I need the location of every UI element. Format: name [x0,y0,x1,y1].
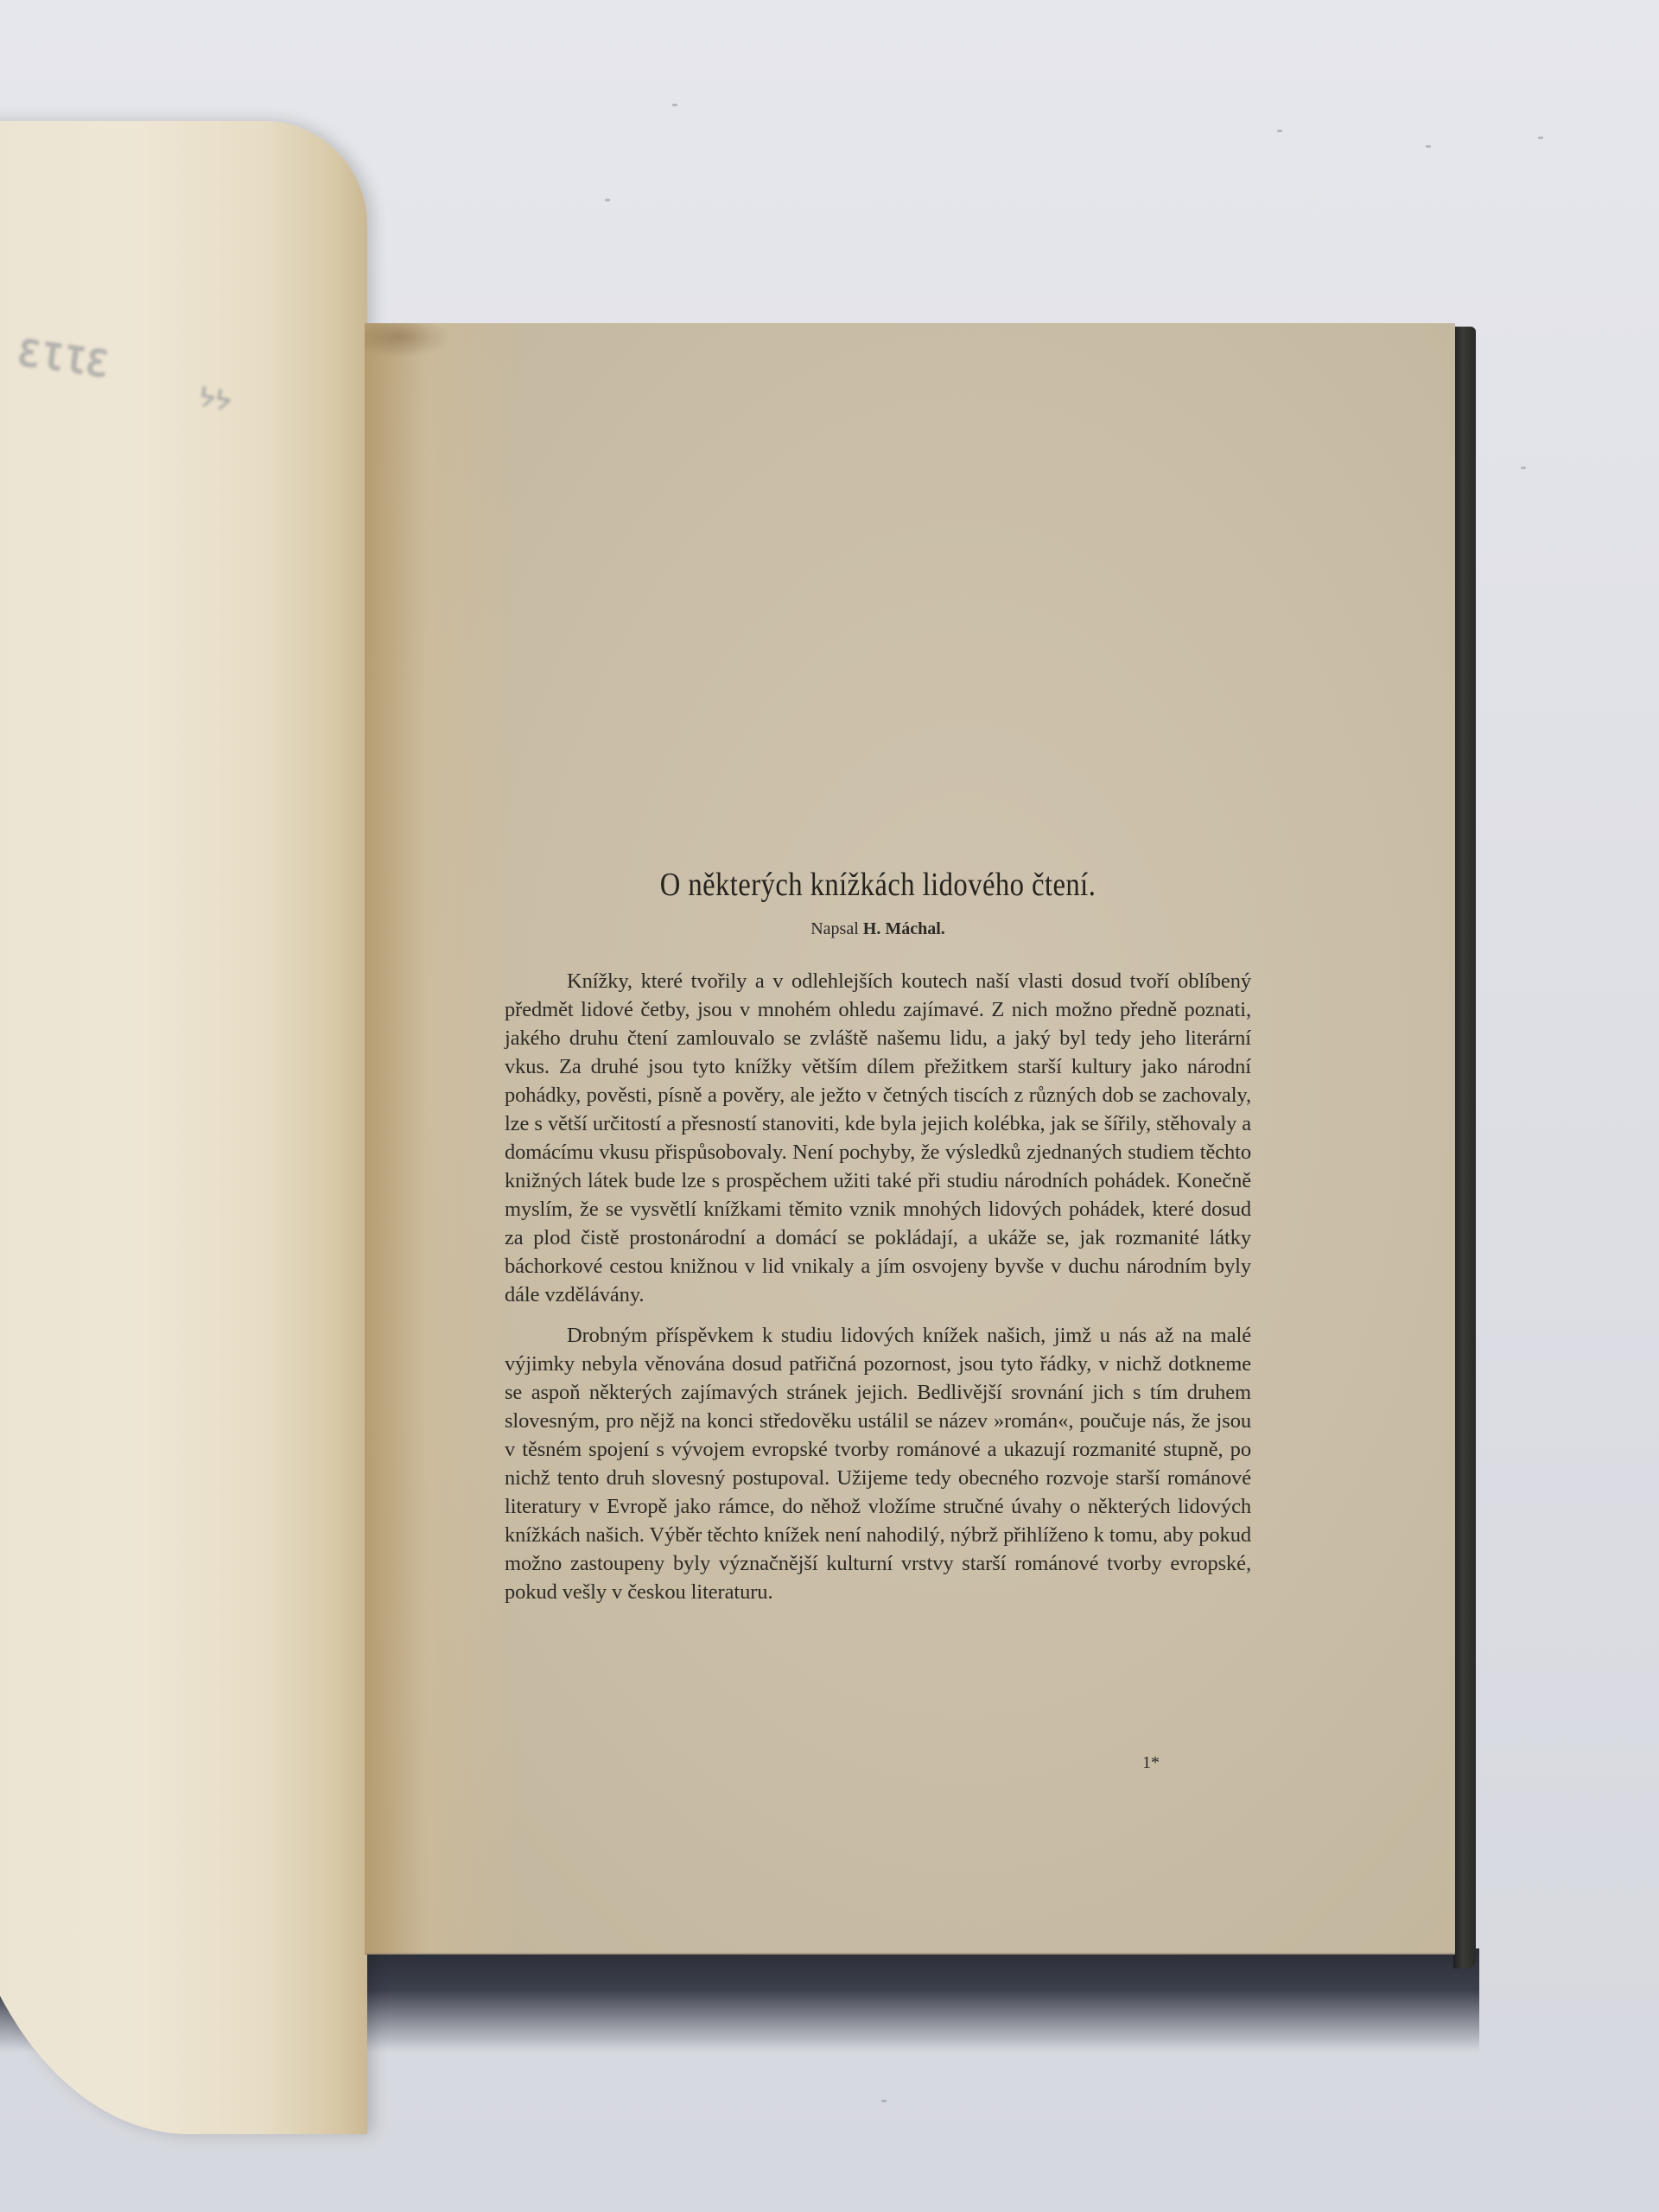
paragraph-2: Drobným příspěvkem k studiu lidových kní… [505,1321,1251,1606]
paragraph-1: Knížky, které tvořily a v odlehlejších k… [505,967,1251,1309]
dust-speck [881,2100,887,2102]
dust-speck [672,104,677,106]
gutter-shadow [365,323,425,1955]
left-page: ƐƖƖƐ ᔭᔭ [0,121,367,2134]
dust-speck [1426,145,1431,148]
byline-author: H. Máchal. [863,919,945,938]
byline: Napsal H. Máchal. [505,919,1251,939]
corner-stain [365,323,451,358]
dust-speck [605,199,610,201]
dust-speck [1538,137,1543,139]
stamp-mark: ᔭᔭ [196,382,233,417]
byline-prefix: Napsal [810,919,863,938]
article-title: O některých knížkách lidového čtení. [556,866,1198,904]
dust-speck [1521,467,1526,469]
article: O některých knížkách lidového čtení. Nap… [505,866,1251,1618]
stamp-mark: ƐƖƖƐ [15,331,111,387]
book-cover-edge [1453,327,1476,1968]
dust-speck [1277,130,1282,132]
right-page: O některých knížkách lidového čtení. Nap… [365,323,1455,1955]
page-number: 1* [1142,1753,1160,1773]
